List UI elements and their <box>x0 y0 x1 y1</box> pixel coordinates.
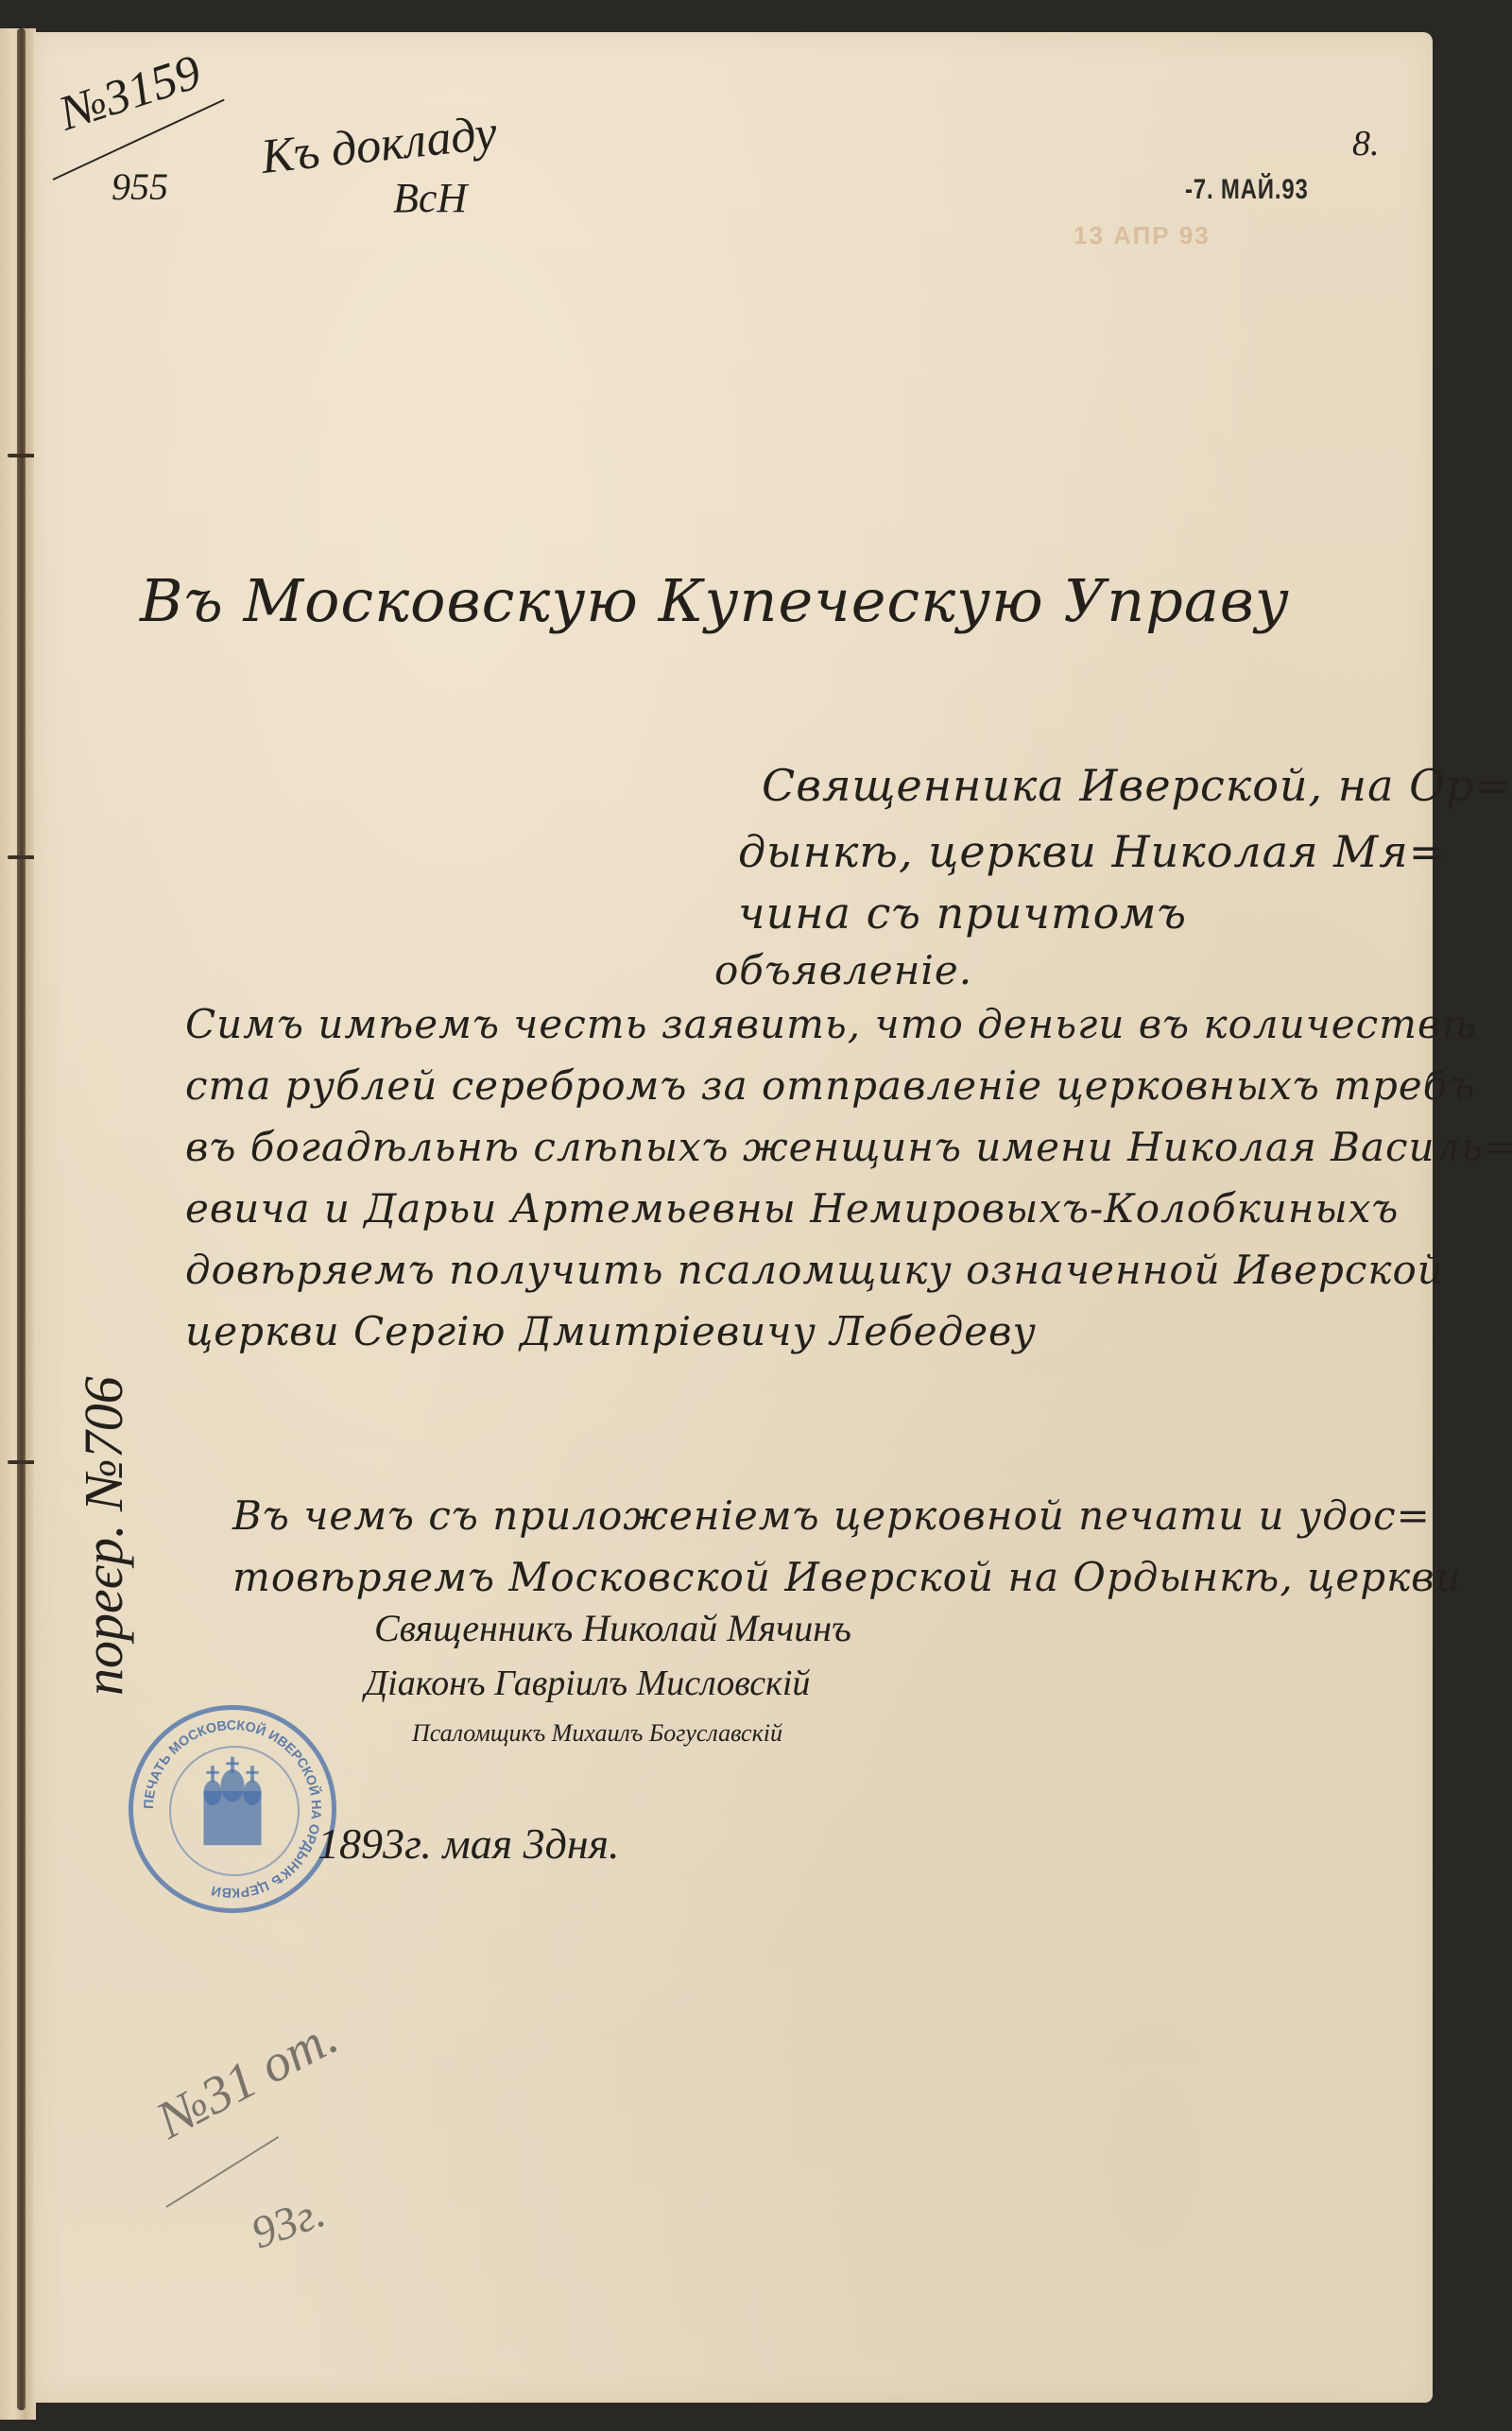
sender-line-1: Священника Иверской, на Ор= <box>762 760 1512 811</box>
body-line: евича и Дарьи Артемьевны Немировыхъ-Коло… <box>185 1185 1399 1232</box>
resolution-note-line2: ВсН <box>393 174 467 222</box>
received-date-stamp: -7. МАЙ.93 <box>1185 174 1309 206</box>
signature-psalmist: Псаломщикъ Михаилъ Богуславскій <box>412 1719 782 1748</box>
sender-line-3: чина съ причтомъ <box>738 888 1187 939</box>
pencil-note-denominator: 93г. <box>245 2185 332 2259</box>
body-line: Симъ имѣемъ честь заявить, что деньги въ… <box>185 1001 1478 1047</box>
body-line: довѣряемъ получить псаломщику означенной… <box>185 1247 1444 1293</box>
signature-deacon: Діаконъ Гавріилъ Мисловскій <box>365 1663 810 1704</box>
addressee: Въ Московскую Купеческую Управу <box>140 566 1290 635</box>
registry-number: №3159 <box>53 44 208 142</box>
sender-line-2: дынкѣ, церкви Николая Мя= <box>738 826 1446 877</box>
date-line: 1893г. мая 3дня. <box>318 1819 620 1869</box>
body-line: церкви Сергію Дмитріевичу Лебедеву <box>185 1308 1037 1354</box>
church-emblem-icon: ПЕЧАТЬ МОСКОВСКОЙ ИВЕРСКОЙ НА ОРДЫНКѢ ЦЕ… <box>133 1710 332 1908</box>
body-line: въ богадѣльнѣ слѣпыхъ женщинъ имени Нико… <box>185 1124 1512 1170</box>
body-line: ста рублей серебромъ за отправленіе церк… <box>185 1062 1475 1109</box>
page-number: 8. <box>1352 123 1380 164</box>
closing-line: Въ чемъ съ приложеніемъ церковной печати… <box>232 1492 1431 1539</box>
binding-cord <box>17 28 26 2410</box>
closing-line: товѣряемъ Московской Иверской на Ордынкѣ… <box>232 1554 1462 1600</box>
faded-date-stamp: 13 АПР 93 <box>1074 221 1211 250</box>
document-page: №3159 955 Къ докладу ВсН 8. -7. МАЙ.93 1… <box>34 32 1433 2403</box>
pencil-note-numerator: №31 от. <box>147 2006 348 2150</box>
church-seal: ПЕЧАТЬ МОСКОВСКОЙ ИВЕРСКОЙ НА ОРДЫНКѢ ЦЕ… <box>129 1705 336 1913</box>
document-heading: объявленіе. <box>714 947 972 993</box>
margin-note-vertical: пореєр. №706 <box>72 1376 135 1696</box>
registry-denominator: 955 <box>112 164 168 209</box>
registry-numerator: №3159 <box>53 45 207 141</box>
signature-priest: Священникъ Николай Мячинъ <box>374 1606 851 1650</box>
